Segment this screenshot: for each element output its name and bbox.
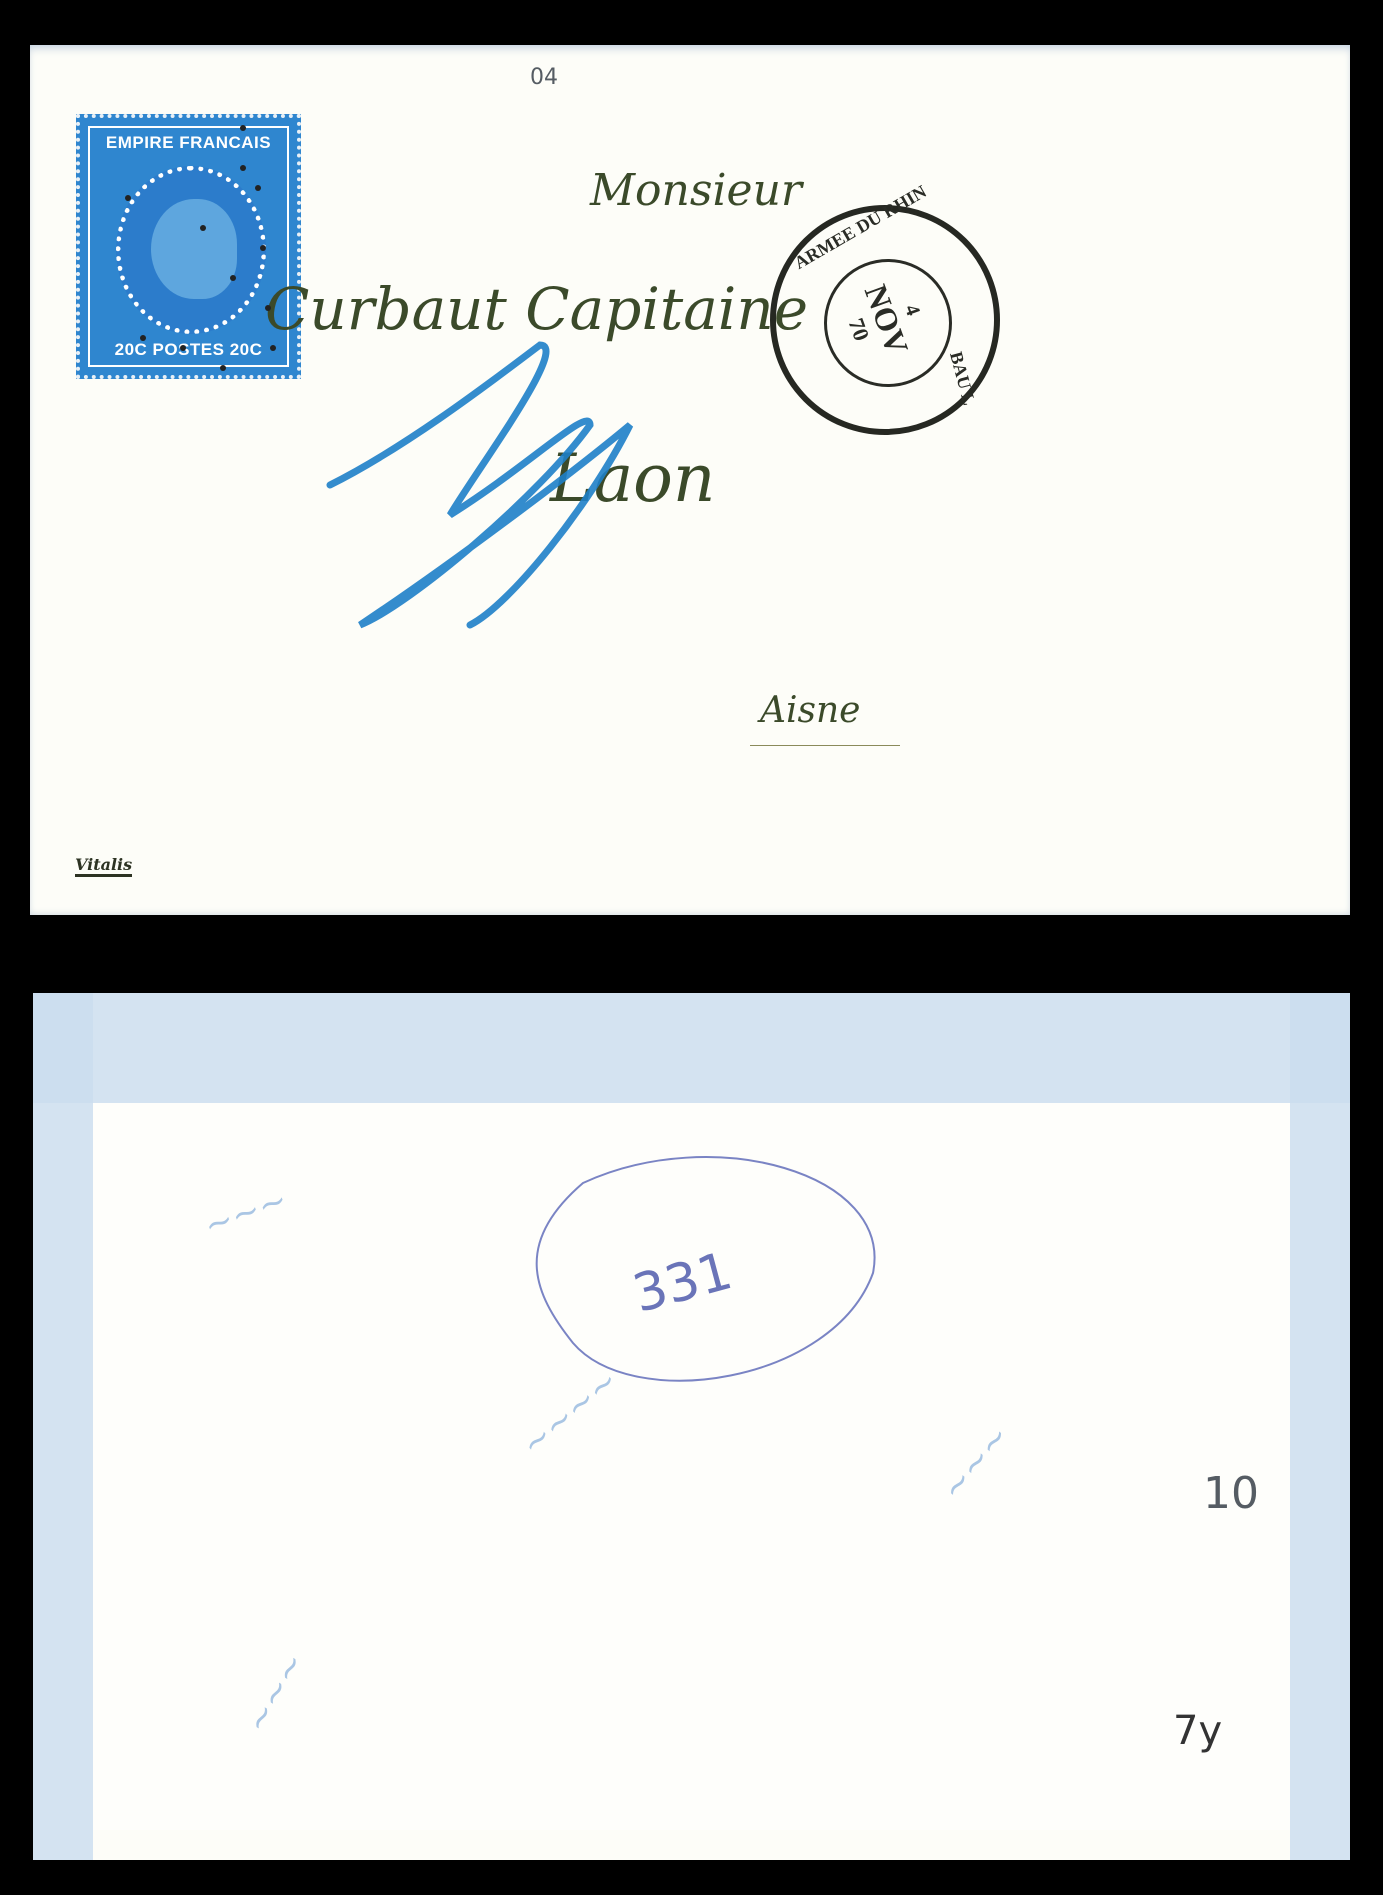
- cancellation-dot: [270, 345, 276, 351]
- blue-crayon-mark: [30, 45, 1350, 915]
- envelope-front: EMPIRE FRANCAIS 20C POSTES 20C 04 Monsie…: [30, 45, 1350, 915]
- back-pencil-oval: [33, 993, 1350, 1860]
- cancellation-dot: [240, 125, 246, 131]
- cancellation-dot: [230, 275, 236, 281]
- cancellation-dot: [125, 195, 131, 201]
- expert-signature: Vitalis: [75, 855, 132, 877]
- cancellation-dot: [220, 365, 226, 371]
- cancellation-dot: [255, 185, 261, 191]
- back-pencil-number-right: 10: [1203, 1468, 1259, 1519]
- cancellation-dot: [200, 225, 206, 231]
- cancellation-dot: [240, 165, 246, 171]
- cancellation-dot: [260, 245, 266, 251]
- cancellation-dot: [265, 305, 271, 311]
- cancellation-dot: [180, 345, 186, 351]
- cancellation-dot: [140, 335, 146, 341]
- envelope-back: 331 10 7y ~~~ ~~~~ ~~~ ~~~: [33, 993, 1350, 1860]
- back-pencil-number-bottom: 7y: [1173, 1708, 1222, 1754]
